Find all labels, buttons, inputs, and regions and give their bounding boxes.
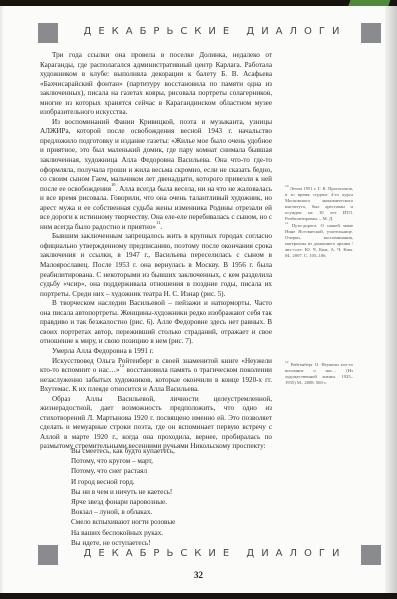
poem-line: Потому, что кругом – март, xyxy=(71,456,175,466)
page-binding-shadow xyxy=(385,6,397,593)
poem-line: Вокзал – луной, в облаках. xyxy=(71,507,175,517)
footer-square-right xyxy=(361,545,381,565)
footnote: 11 Путь-дорога. О нашей маме Нине Всесвя… xyxy=(285,223,353,260)
running-header-title: ДЕКАБРЬСКИЕ ДИАЛОГИ xyxy=(80,26,350,37)
poem-line: Потому, что снег растаял xyxy=(71,466,175,476)
running-footer: ДЕКАБРЬСКИЕ ДИАЛОГИ xyxy=(0,545,397,565)
margin-footnotes-10-11: 10 Летом 1951 г. Г. К. Протопопов, в то … xyxy=(285,186,353,259)
page-left-edge xyxy=(0,6,4,593)
poem-line: Вы ни в чем и ничуть не каетесь! xyxy=(71,487,175,497)
poem: Вы смеетесь, как будто купаетесь, Потому… xyxy=(71,446,175,548)
paragraph: Искусствовед Ольга Ройтенберг в своей зн… xyxy=(40,357,272,395)
header-square-right xyxy=(361,23,381,43)
paragraph: Умерла Алла Федоровна в 1991 г. xyxy=(40,347,272,357)
main-text: Три года ссылки она провела в поселке До… xyxy=(40,51,272,452)
paragraph: Образ Аллы Васильевой, личности целеустр… xyxy=(40,395,272,452)
running-footer-title: ДЕКАБРЬСКИЕ ДИАЛОГИ xyxy=(80,548,350,559)
poem-line: И город весной горд. xyxy=(71,477,175,487)
poem-line: Ярче звезд фонари паровозные. xyxy=(71,497,175,507)
paragraph: Три года ссылки она провела в поселке До… xyxy=(40,51,272,118)
header-square-left xyxy=(38,23,58,43)
page-number: 32 xyxy=(0,570,397,580)
paragraph: Из воспоминаний Фании Кривицкой, поэта и… xyxy=(40,118,272,233)
poem-line: Смело вспыхивают ногти розовые xyxy=(71,517,175,527)
running-header: ДЕКАБРЬСКИЕ ДИАЛОГИ xyxy=(0,23,397,43)
paragraph: Бывшим заключенным запрещалось жить в кр… xyxy=(40,232,272,299)
poem-line: Вы смеетесь, как будто купаетесь, xyxy=(71,446,175,456)
footer-square-left xyxy=(38,545,58,565)
margin-footnote-12: 12 Ройтенберг О. Неужели кто-то вспомнит… xyxy=(285,362,353,386)
paragraph: В творческом наследии Васильевой – пейза… xyxy=(40,299,272,347)
poem-line: На ваших беспокойных руках. xyxy=(71,528,175,538)
footnote: 12 Ройтенберг О. Неужели кто-то вспомнит… xyxy=(285,362,353,386)
footnote: 10 Летом 1951 г. Г. К. Протопопов, в то … xyxy=(285,186,353,223)
